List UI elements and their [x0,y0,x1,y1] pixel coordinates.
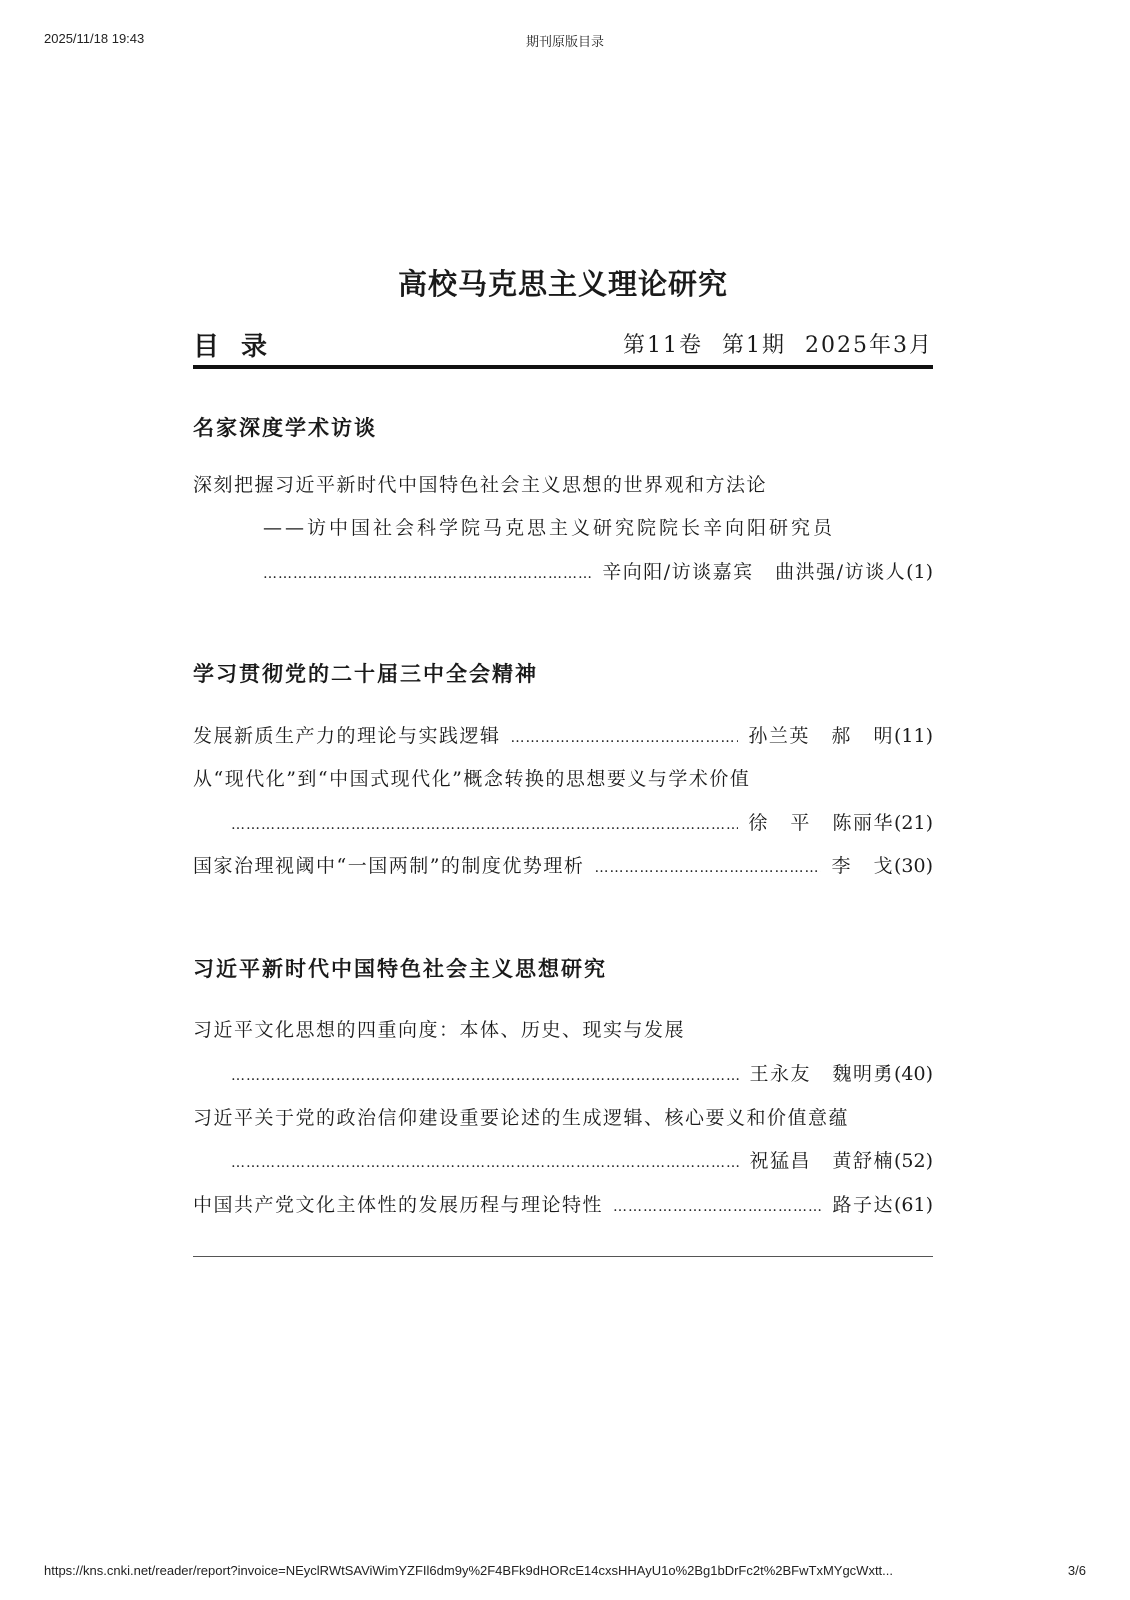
entry-page[interactable]: (40) [894,1061,933,1087]
entry-authors: 辛向阳/访谈嘉宾 曲洪强/访谈人 [602,559,906,585]
entry-authors: 孙兰英 郝 明 [748,723,894,749]
entry-page[interactable]: (21) [894,810,933,836]
entry-page[interactable]: (61) [894,1192,933,1218]
header-rule [193,365,933,369]
entry-page[interactable]: (30) [894,853,933,879]
leader-dots [594,855,821,881]
print-header: 2025/11/18 19:43 期刊原版目录 [0,31,1130,49]
journal-title: 高校马克思主义理论研究 [193,262,933,303]
issue-info: 第11卷 第1期 2025年3月 [623,328,933,359]
entry-title[interactable]: 习近平关于党的政治信仰建设重要论述的生成逻辑、核心要义和价值意蕴 [193,1105,849,1131]
toc-entry[interactable]: 发展新质生产力的理论与实践逻辑 孙兰英 郝 明 (11) [193,723,933,749]
toc-entry[interactable]: 国家治理视阈中“一国两制”的制度优势理析 李 戈 (30) [193,853,933,879]
leader-dots [263,561,592,587]
entry-title[interactable]: 国家治理视阈中“一国两制”的制度优势理析 [193,853,584,879]
entry-page[interactable]: (1) [906,559,933,585]
entry-subtitle: ——访中国社会科学院马克思主义研究院院长辛向阳研究员 [263,515,835,541]
toc-entry-title[interactable]: 习近平文化思想的四重向度：本体、历史、现实与发展 [193,1017,933,1043]
entry-authors: 徐 平 陈丽华 [748,810,894,836]
entry-title[interactable]: 习近平文化思想的四重向度：本体、历史、现实与发展 [193,1017,685,1043]
section-title: 学习贯彻党的二十届三中全会精神 [193,658,538,688]
entry-page[interactable]: (11) [894,723,933,749]
leader-dots [231,812,738,838]
toc-header: 目录 第11卷 第1期 2025年3月 [193,326,933,366]
toc-entry-title[interactable]: 深刻把握习近平新时代中国特色社会主义思想的世界观和方法论 [193,472,933,498]
print-page-title: 期刊原版目录 [0,31,1130,50]
footer-rule [193,1256,933,1257]
entry-authors: 路子达 [832,1192,894,1218]
entry-title[interactable]: 发展新质生产力的理论与实践逻辑 [193,723,501,749]
section-title: 习近平新时代中国特色社会主义思想研究 [193,953,607,983]
toc-entry-byline: 王永友 魏明勇 (40) [193,1061,933,1087]
toc-entry[interactable]: 中国共产党文化主体性的发展历程与理论特性 路子达 (61) [193,1192,933,1218]
toc-entry-byline: 祝猛昌 黄舒楠 (52) [193,1148,933,1174]
section-title: 名家深度学术访谈 [193,412,377,442]
toc-entry-byline: 徐 平 陈丽华 (21) [193,810,933,836]
entry-title[interactable]: 从“现代化”到“中国式现代化”概念转换的思想要义与学术价值 [193,766,750,792]
toc-entry-byline: 辛向阳/访谈嘉宾 曲洪强/访谈人 (1) [193,559,933,585]
leader-dots [511,725,739,751]
entry-authors: 李 戈 [831,853,894,879]
toc-entry-title[interactable]: 从“现代化”到“中国式现代化”概念转换的思想要义与学术价值 [193,766,933,792]
toc-entry-title[interactable]: 习近平关于党的政治信仰建设重要论述的生成逻辑、核心要义和价值意蕴 [193,1105,933,1131]
leader-dots [613,1194,822,1220]
toc-label: 目录 [193,326,289,363]
leader-dots [231,1150,739,1176]
entry-authors: 王永友 魏明勇 [749,1061,894,1087]
entry-page[interactable]: (52) [894,1148,933,1174]
print-url[interactable]: https://kns.cnki.net/reader/report?invoi… [44,1563,1029,1578]
entry-authors: 祝猛昌 黄舒楠 [749,1148,894,1174]
toc-entry-subtitle: ——访中国社会科学院马克思主义研究院院长辛向阳研究员 [193,515,933,541]
print-footer: https://kns.cnki.net/reader/report?invoi… [0,1563,1130,1581]
entry-title[interactable]: 深刻把握习近平新时代中国特色社会主义思想的世界观和方法论 [193,472,767,498]
entry-title[interactable]: 中国共产党文化主体性的发展历程与理论特性 [193,1192,603,1218]
leader-dots [231,1063,739,1089]
print-page-count: 3/6 [1068,1563,1086,1578]
